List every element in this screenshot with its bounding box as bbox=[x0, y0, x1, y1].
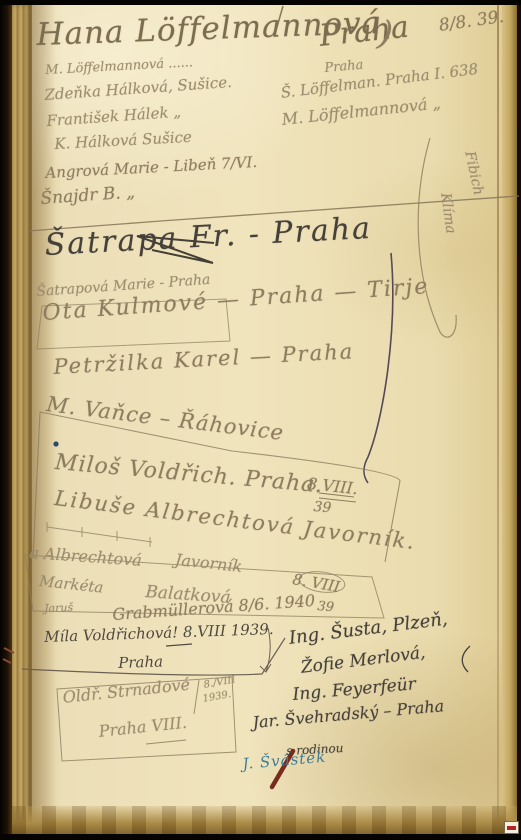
signature-entry: Jaruš bbox=[44, 602, 73, 614]
scanner-watermark-chip bbox=[504, 821, 519, 834]
bottom-border bbox=[0, 834, 521, 840]
page-right-edge bbox=[502, 4, 517, 836]
right-dark-border bbox=[517, 0, 521, 840]
page-fold-line bbox=[497, 4, 499, 832]
top-border bbox=[0, 0, 521, 5]
signature-entry: Praha bbox=[324, 59, 364, 75]
signature-entry: Praha bbox=[118, 654, 163, 671]
date-entry: 39 bbox=[317, 600, 335, 614]
date-entry: 39 bbox=[313, 500, 332, 515]
book-leaf-edges bbox=[12, 4, 32, 836]
guestbook-scan: Hana Löffelmannová Praha 8/8. 39. ) M. L… bbox=[0, 0, 521, 840]
book-spine bbox=[0, 0, 12, 840]
red-bar-icon bbox=[507, 826, 516, 830]
bottom-page-stack bbox=[12, 806, 517, 834]
